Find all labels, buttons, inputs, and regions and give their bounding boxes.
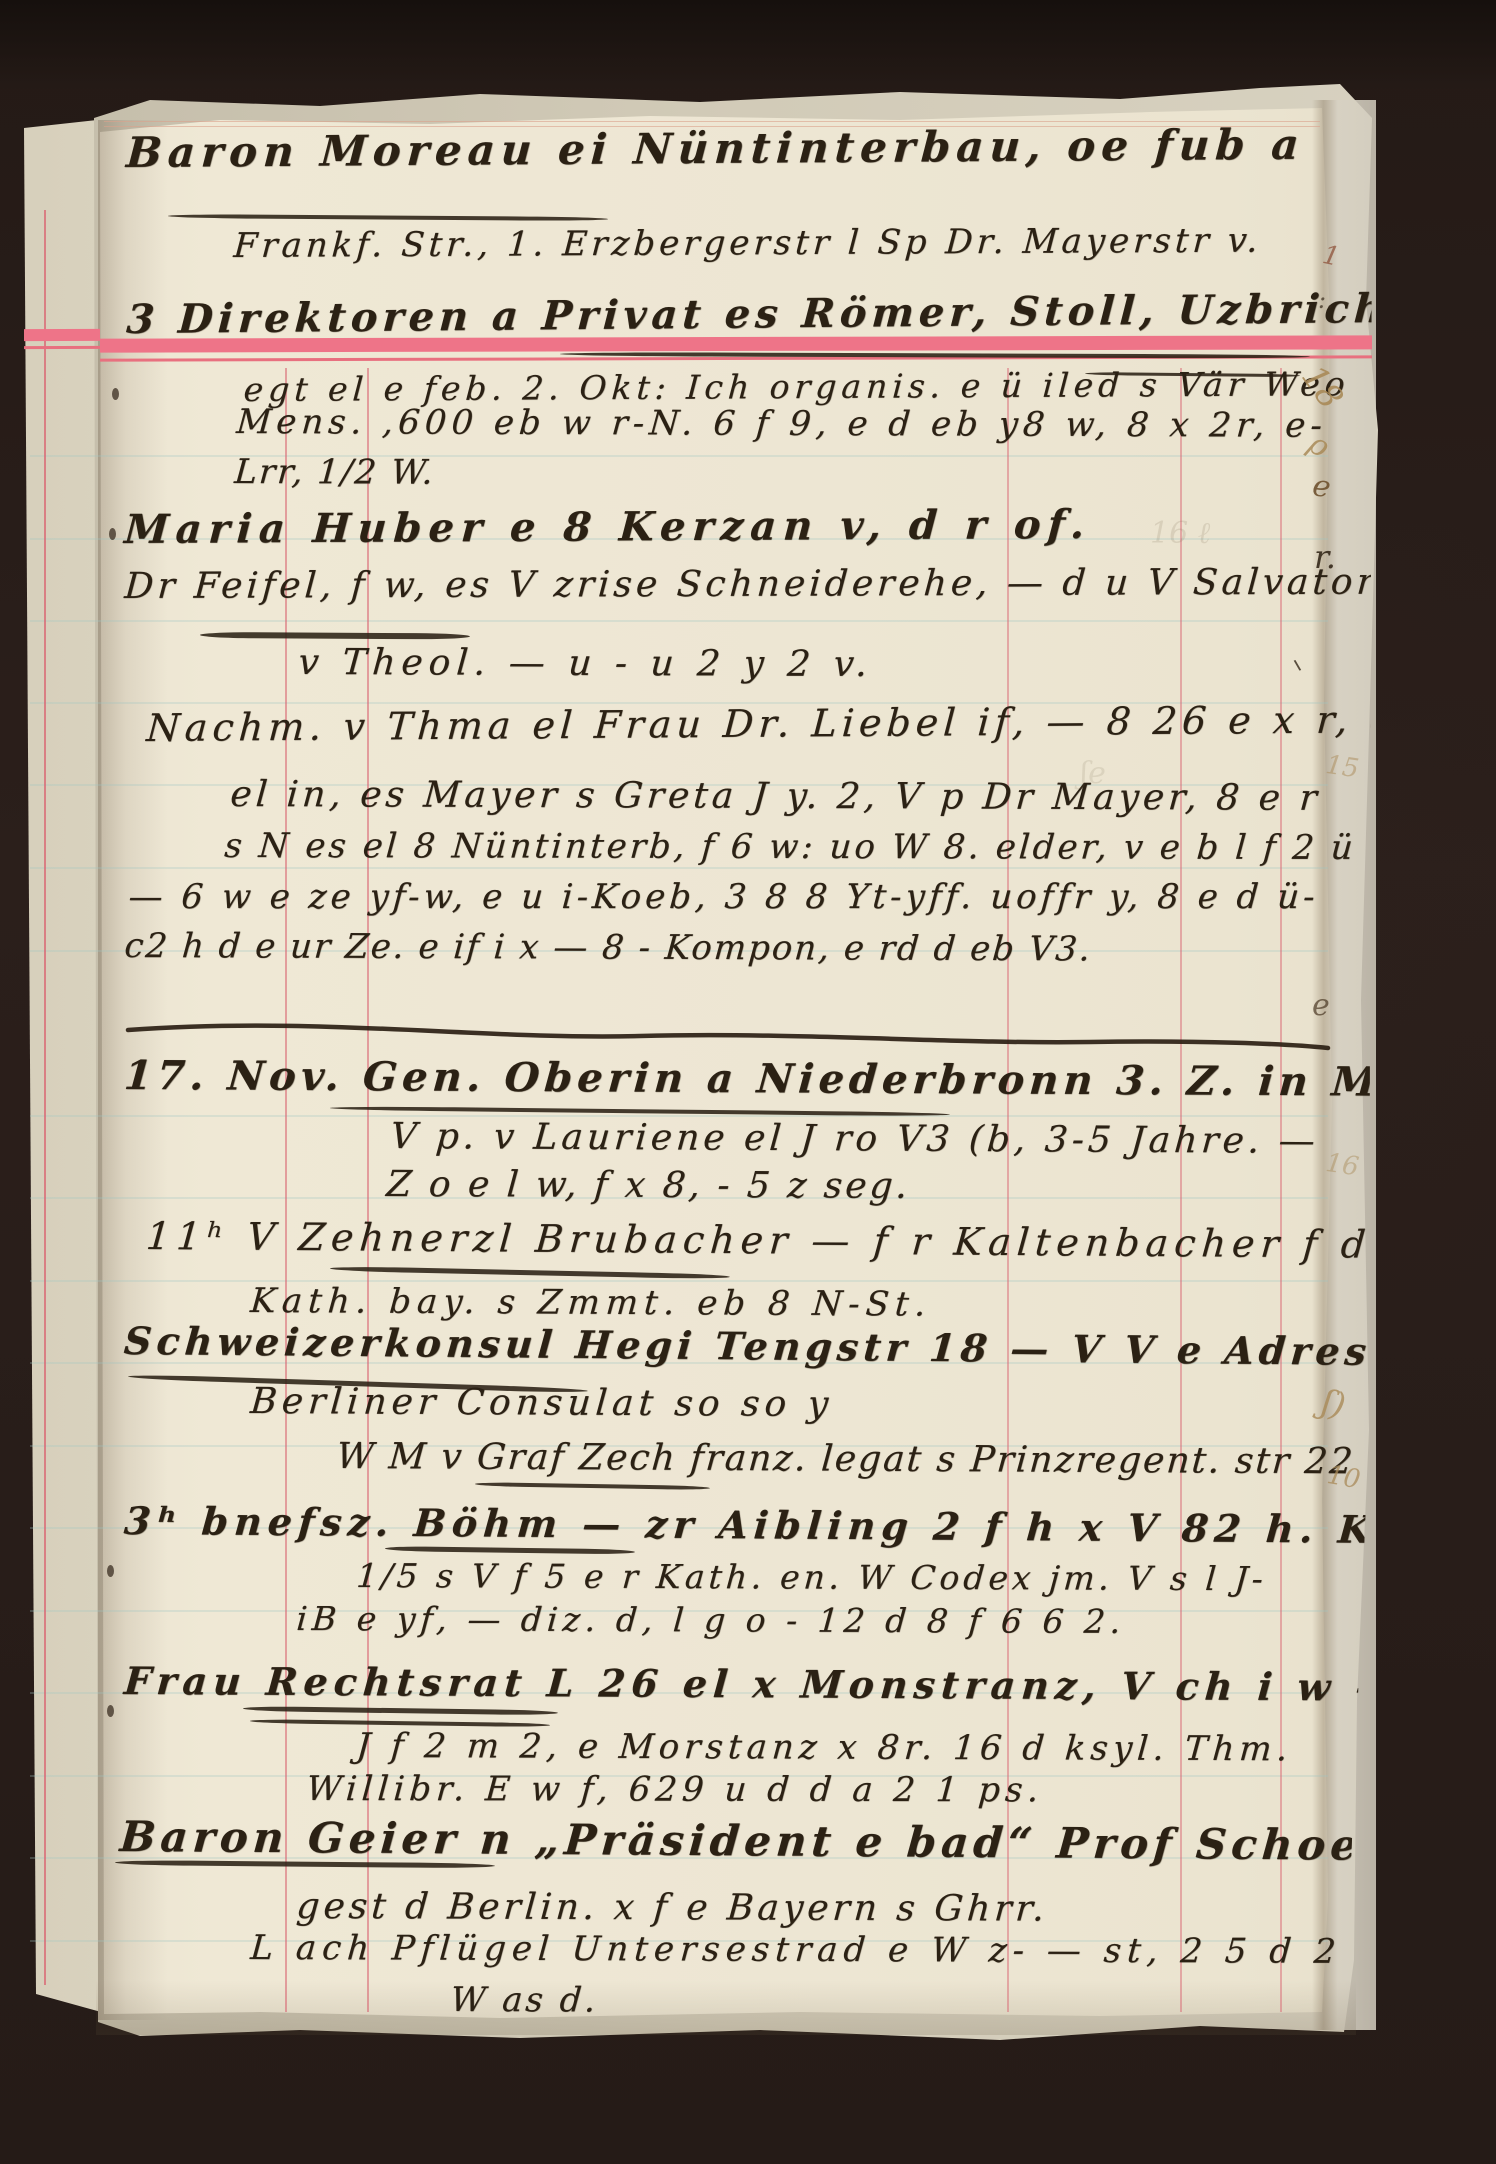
ink-ghost-mark: r. (1314, 538, 1336, 576)
ghost-marks-layer: 18ρer.–15e16ʃ)101:.ʃeϑ16 ℓʃe (0, 0, 1496, 2164)
binding-stitch-dot (107, 1565, 114, 1577)
binding-stitch-dot (112, 388, 119, 400)
scanned-page-photo: Baron Moreau ei Nüntinterbau, oe fub aFr… (0, 0, 1496, 2164)
binding-stitch-dot (107, 1705, 114, 1717)
ink-ghost-mark: 16 ℓ (1150, 516, 1210, 551)
ink-ghost-mark: ʃ) (1318, 1382, 1350, 1426)
ink-ghost-mark: ʃe (1080, 756, 1106, 791)
ink-ghost-mark: ρ (1303, 426, 1336, 465)
ink-ghost-mark: 15 (1324, 750, 1361, 784)
ink-ghost-mark: – (1281, 650, 1317, 679)
ink-ghost-mark: e (1310, 468, 1334, 506)
ink-ghost-mark: 1 (1320, 240, 1342, 273)
ink-ghost-mark: :. (1318, 286, 1334, 314)
ink-ghost-mark: 10 (1325, 1460, 1363, 1495)
binding-stitch-dot (109, 528, 116, 540)
ink-ghost-mark: e (1312, 988, 1330, 1023)
ink-ghost-mark: 18 (1293, 358, 1351, 416)
ink-ghost-mark: 16 (1324, 1148, 1361, 1182)
